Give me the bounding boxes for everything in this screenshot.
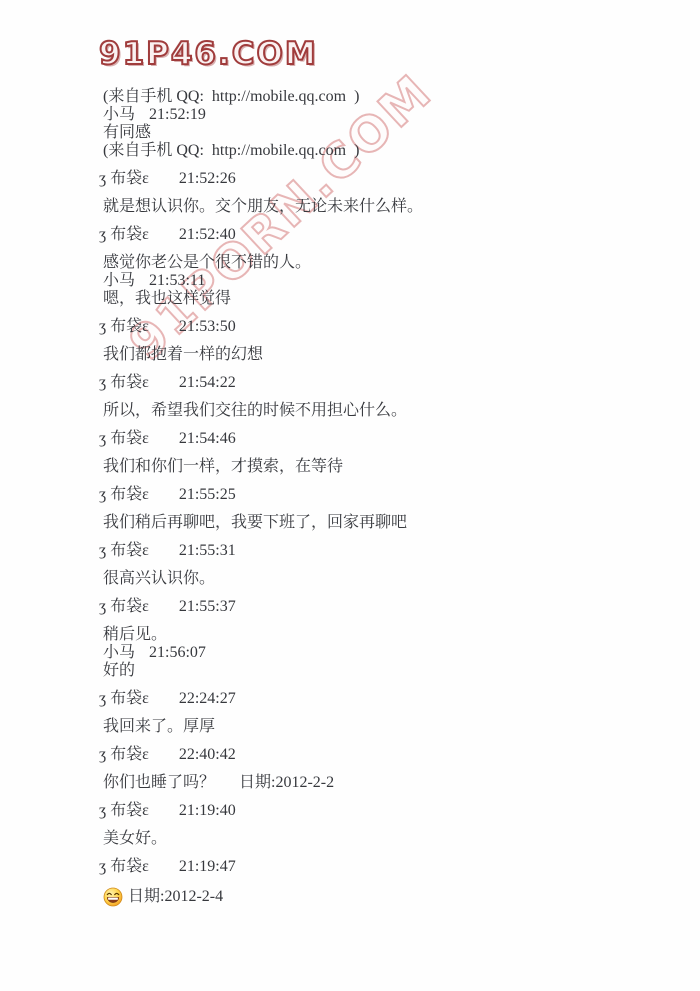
chat-message: 好的: [103, 662, 663, 680]
sender-name: 小马: [103, 272, 135, 289]
timestamp: 21:53:50: [179, 318, 236, 335]
timestamp: 21:55:31: [179, 542, 236, 559]
chat-message-text: 所以，希望我们交往的时候不用担心什么。: [103, 402, 407, 419]
chat-message: 我们稍后再聊吧，我要下班了，回家再聊吧: [103, 514, 663, 532]
sender-header: ʒ 布袋ɛ22:40:42: [103, 746, 663, 764]
sender-name: ʒ 布袋ɛ: [99, 318, 149, 335]
chat-message-text: 美女好。: [103, 830, 167, 847]
sender-name: ʒ 布袋ɛ: [99, 746, 149, 763]
timestamp: 22:24:27: [179, 690, 236, 707]
chat-message-text: 我们都抱着一样的幻想: [103, 346, 263, 363]
sender-header: 小马21:53:11: [103, 272, 663, 290]
timestamp: 22:40:42: [179, 746, 236, 763]
sender-header: ʒ 布袋ɛ21:54:22: [103, 374, 663, 392]
timestamp: 21:19:47: [179, 858, 236, 875]
sender-name: ʒ 布袋ɛ: [99, 858, 149, 875]
sender-name: ʒ 布袋ɛ: [99, 598, 149, 615]
chat-log: (来自手机 QQ: http://mobile.qq.com )小马21:52:…: [103, 88, 663, 908]
timestamp: 21:54:22: [179, 374, 236, 391]
chat-message-text: 嗯，我也这样觉得: [103, 290, 231, 307]
chat-message-text: 我们和你们一样，才摸索，在等待: [103, 458, 343, 475]
chat-message-text: 稍后见。: [103, 626, 167, 643]
chat-message-text: 我回来了。厚厚: [103, 718, 215, 735]
timestamp: 21:52:40: [179, 226, 236, 243]
chat-message: 感觉你老公是个很不错的人。: [103, 254, 663, 272]
sender-header: ʒ 布袋ɛ21:19:47: [103, 858, 663, 876]
chat-message: 我们都抱着一样的幻想: [103, 346, 663, 364]
chat-message: 美女好。: [103, 830, 663, 848]
sender-header: ʒ 布袋ɛ21:52:40: [103, 226, 663, 244]
timestamp: 21:53:11: [149, 272, 205, 289]
chat-message-text: 好的: [103, 662, 135, 679]
grin-emoji-icon: [103, 887, 123, 907]
timestamp: 21:52:26: [179, 170, 236, 187]
chat-message-text: 就是想认识你。交个朋友，无论未来什么样。: [103, 198, 423, 215]
chat-message-text: 感觉你老公是个很不错的人。: [103, 254, 311, 271]
system-line-text: (来自手机 QQ: http://mobile.qq.com ): [103, 142, 359, 159]
chat-message: 我们和你们一样，才摸索，在等待: [103, 458, 663, 476]
sender-header: ʒ 布袋ɛ21:55:25: [103, 486, 663, 504]
chat-log-page: 91P46.COM 91PORN.COM (来自手机 QQ: http://mo…: [0, 0, 700, 991]
timestamp: 21:55:25: [179, 486, 236, 503]
timestamp: 21:52:19: [149, 106, 206, 123]
site-logo: 91P46.COM: [99, 34, 318, 74]
sender-header: ʒ 布袋ɛ21:53:50: [103, 318, 663, 336]
chat-message-text: 有同感: [103, 124, 151, 141]
chat-message: 我回来了。厚厚: [103, 718, 663, 736]
chat-message: 有同感: [103, 124, 663, 142]
chat-message: 嗯，我也这样觉得: [103, 290, 663, 308]
sender-name: ʒ 布袋ɛ: [99, 430, 149, 447]
date-row: 日期:2012-2-4: [103, 886, 663, 908]
sender-header: 小马21:52:19: [103, 106, 663, 124]
sender-name: ʒ 布袋ɛ: [99, 374, 149, 391]
sender-header: 小马21:56:07: [103, 644, 663, 662]
sender-header: ʒ 布袋ɛ21:55:31: [103, 542, 663, 560]
chat-message: 稍后见。: [103, 626, 663, 644]
chat-message-text: 你们也睡了吗？: [103, 774, 215, 791]
system-line: (来自手机 QQ: http://mobile.qq.com ): [103, 142, 663, 160]
timestamp: 21:56:07: [149, 644, 206, 661]
sender-header: ʒ 布袋ɛ21:19:40: [103, 802, 663, 820]
timestamp: 21:54:46: [179, 430, 236, 447]
date-label: 日期:2012-2-2: [239, 774, 334, 791]
date-label: 日期:2012-2-4: [128, 888, 223, 906]
sender-header: ʒ 布袋ɛ21:54:46: [103, 430, 663, 448]
timestamp: 21:19:40: [179, 802, 236, 819]
sender-header: ʒ 布袋ɛ22:24:27: [103, 690, 663, 708]
sender-name: 小马: [103, 106, 135, 123]
chat-message: 就是想认识你。交个朋友，无论未来什么样。: [103, 198, 663, 216]
sender-name: ʒ 布袋ɛ: [99, 226, 149, 243]
chat-message-text: 很高兴认识你。: [103, 570, 215, 587]
sender-header: ʒ 布袋ɛ21:52:26: [103, 170, 663, 188]
sender-header: ʒ 布袋ɛ21:55:37: [103, 598, 663, 616]
sender-name: ʒ 布袋ɛ: [99, 170, 149, 187]
sender-name: 小马: [103, 644, 135, 661]
timestamp: 21:55:37: [179, 598, 236, 615]
chat-message: 所以，希望我们交往的时候不用担心什么。: [103, 402, 663, 420]
chat-message: 你们也睡了吗？日期:2012-2-2: [103, 774, 663, 792]
chat-message: 很高兴认识你。: [103, 570, 663, 588]
system-line-text: (来自手机 QQ: http://mobile.qq.com ): [103, 88, 359, 105]
sender-name: ʒ 布袋ɛ: [99, 486, 149, 503]
chat-message-text: 我们稍后再聊吧，我要下班了，回家再聊吧: [103, 514, 407, 531]
system-line: (来自手机 QQ: http://mobile.qq.com ): [103, 88, 663, 106]
sender-name: ʒ 布袋ɛ: [99, 690, 149, 707]
sender-name: ʒ 布袋ɛ: [99, 542, 149, 559]
sender-name: ʒ 布袋ɛ: [99, 802, 149, 819]
